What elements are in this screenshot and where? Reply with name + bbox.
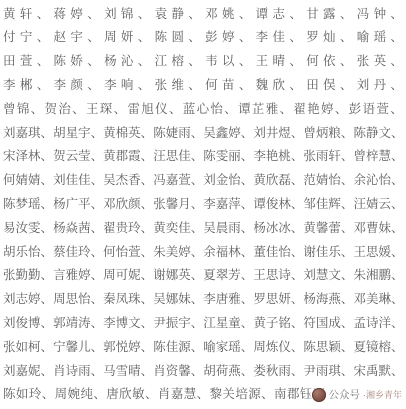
name-line: 田萱、陈娇、杨沁、江榕、韦以、王晴、何依、张英、 [3,50,403,74]
watermark-account: ·湘乡青年 [363,388,402,401]
name-line: 刘志婷、周思怡、秦凤珠、吴娜妹、李唐雅、罗思妍、杨海燕、邓美琳、 [3,288,403,312]
name-line: 曾锦、贺治、王琛、雷旭仪、蓝心怡、谭芷雅、翟艳婷、彭语萱、 [3,97,403,121]
official-account-logo-icon [312,388,326,402]
name-line: 黄轩、蒋婷、刘锦、袁静、邓姚、谭志、甘露、冯钟、 [3,2,403,26]
name-line: 李郴、李颜、李响、张维、何苗、魏欣、田俣、刘丹、 [3,73,403,97]
name-line: 付宁、赵宇、周妍、陈圆、彭婷、李佳、罗灿、喻瑶、 [3,26,403,50]
name-line: 张勤勤、言雅婷、周可妮、谢娜英、夏翠芳、王思诗、刘慧文、朱湘鹏、 [3,264,403,288]
watermark: 公众号 ·湘乡青年 [310,387,403,402]
watermark-label: 公众号 [329,387,361,402]
name-line: 刘嘉琪、胡星宇、黄棉英、陈婕雨、吴鑫婷、刘井煜、曾炳粮、陈静文、 [3,121,403,145]
name-line: 胡乐怡、蔡佳玲、何怡萱、朱美婷、余福林、董佳怡、谢佳乐、王思媛、 [3,240,403,264]
name-line: 刘嘉妮、肖诗雨、马雪晴、肖资馨、胡荷燕、娄秋雨、尹雨琪、宋禹默、 [3,359,403,383]
name-line: 易汝雯、杨焱茜、翟贵玲、黄奕佳、吴晨雨、杨冰冰、黄馨蕾、邓曹妹、 [3,216,403,240]
name-line: 何婧婧、刘佳佳、吴杰香、冯嘉萱、刘金怡、黄欣磊、范婧怡、余沁怡、 [3,169,403,193]
document-page: 黄轩、蒋婷、刘锦、袁静、邓姚、谭志、甘露、冯钟、付宁、赵宇、周妍、陈圆、彭婷、李… [0,0,406,409]
name-line: 刘俊博、郭靖涛、李博文、尹振宇、江星童、黄子铭、符国成、孟诗洋、 [3,311,403,335]
name-line: 陈梦瑶、杨广平、邓欣颜、张馨月、李嘉萍、谭俊林、邹佳辉、汪婧云、 [3,192,403,216]
name-line: 宋泽林、贺云莹、黄郡霞、汪思佳、陈雯丽、李艳桃、张雨轩、曾梓慧、 [3,145,403,169]
name-line: 张如柯、宁馨儿、郭悦婷、陈佳源、喻家瑶、周炼仪、陈思颖、夏镜榕、 [3,335,403,359]
name-list: 黄轩、蒋婷、刘锦、袁静、邓姚、谭志、甘露、冯钟、付宁、赵宇、周妍、陈圆、彭婷、李… [3,2,403,407]
